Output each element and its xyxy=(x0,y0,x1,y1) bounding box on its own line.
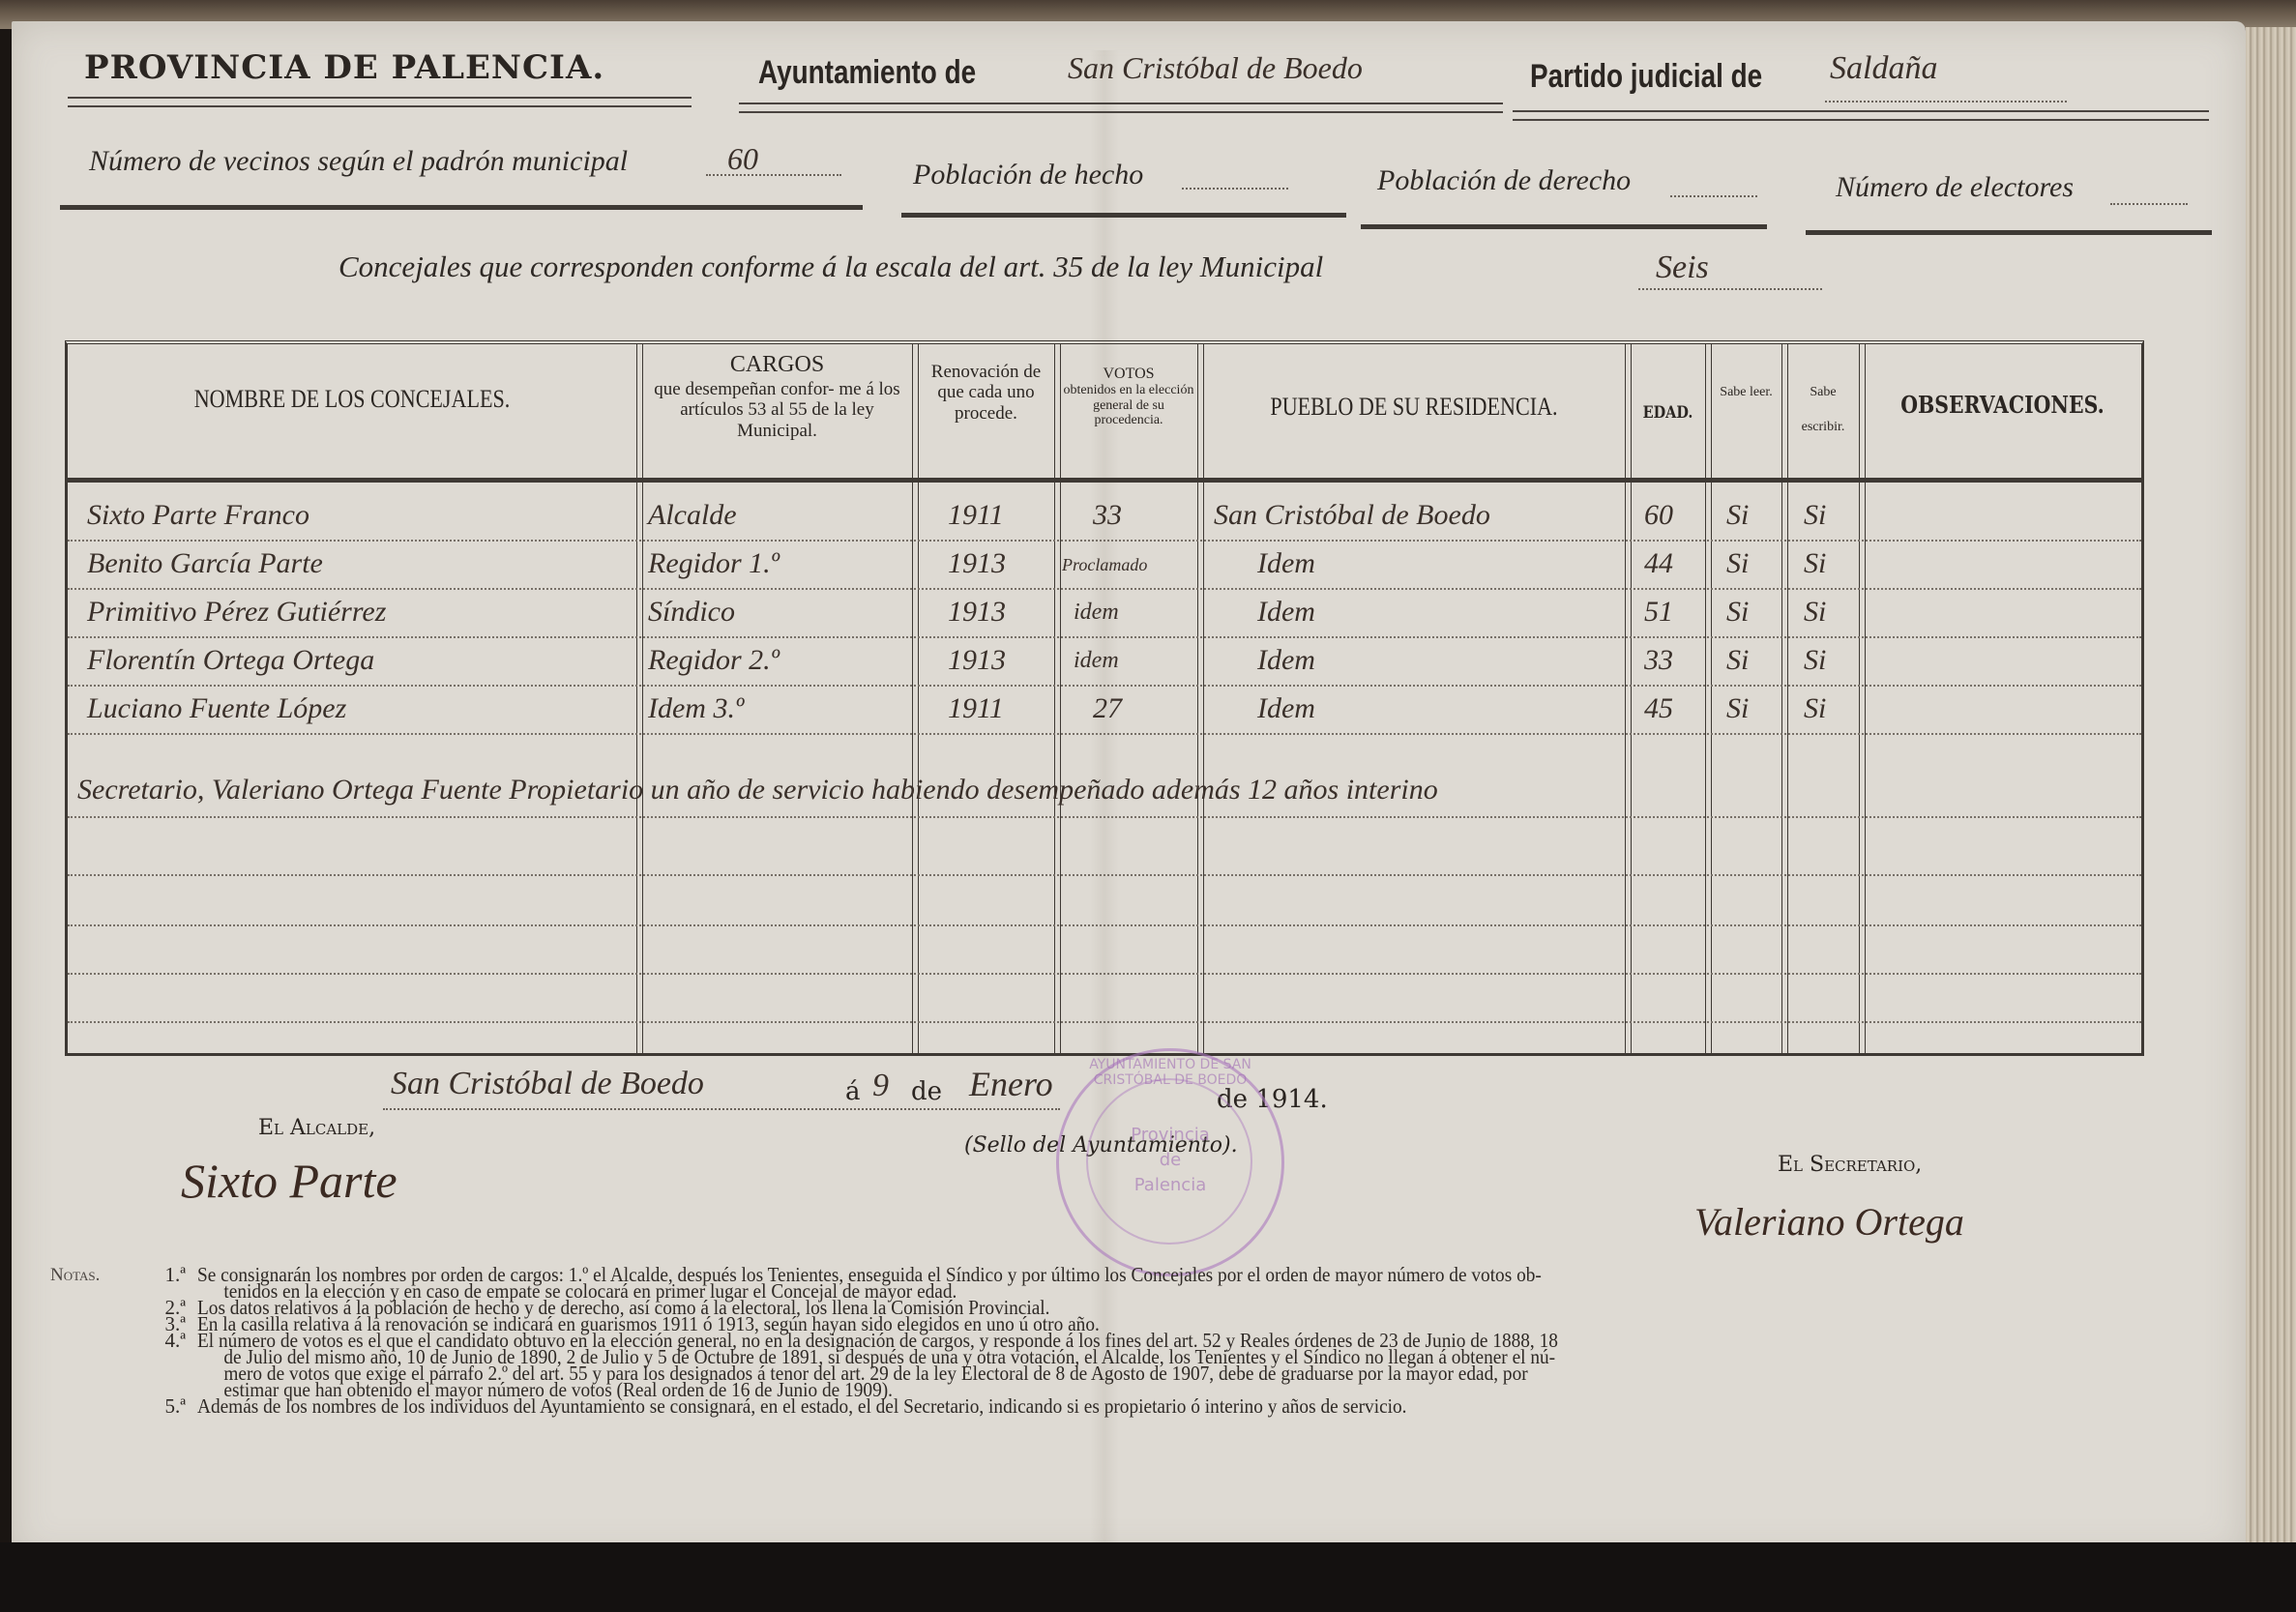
header-observaciones: OBSERVACIONES. xyxy=(1885,393,2119,419)
col-divider xyxy=(1197,344,1204,1053)
concejales-dotted-line xyxy=(1638,288,1822,290)
footer-day: 9 xyxy=(872,1068,889,1104)
col-divider xyxy=(912,344,919,1053)
scan-background xyxy=(0,1542,2296,1612)
population-rule-4 xyxy=(1806,230,2212,235)
cell-pueblo: Idem xyxy=(1257,547,1315,580)
row-line xyxy=(68,540,2141,542)
note-5: 5.ª Además de los nombres de los individ… xyxy=(50,1398,2207,1415)
concejales-value: Seis xyxy=(1656,249,1709,286)
col-divider xyxy=(636,344,643,1053)
partido-dotted-line xyxy=(1825,101,2067,103)
header-nombre: NOMBRE DE LOS CONCEJALES. xyxy=(110,385,594,413)
cell-cargo: Síndico xyxy=(648,596,735,629)
row-line xyxy=(68,1021,2141,1023)
poblacion-derecho-field xyxy=(1670,195,1757,197)
cell-pueblo: Idem xyxy=(1257,644,1315,677)
cell-escribir: Si xyxy=(1804,499,1826,532)
cell-escribir: Si xyxy=(1804,692,1826,725)
header-votos-sub: obtenidos en la elección general de su p… xyxy=(1060,383,1197,428)
cell-nombre: Benito García Parte xyxy=(87,547,323,580)
row-line xyxy=(68,924,2141,926)
electores-field xyxy=(2110,203,2188,205)
notes-section: Notas. 1.ª Se consignarán los nombres po… xyxy=(50,1267,2207,1415)
cell-pueblo: Idem xyxy=(1257,596,1315,629)
poblacion-derecho-label: Población de derecho xyxy=(1377,164,1631,197)
row-line xyxy=(68,874,2141,876)
province-title: PROVINCIA DE PALENCIA. xyxy=(84,48,604,87)
header-votos-title: VOTOS xyxy=(1060,366,1197,383)
cell-votos: 27 xyxy=(1093,692,1122,725)
cell-nombre: Florentín Ortega Ortega xyxy=(87,644,374,677)
cell-edad: 51 xyxy=(1644,596,1673,629)
cell-cargo: Regidor 2.º xyxy=(648,644,780,677)
header-rule-1 xyxy=(68,97,692,107)
vecinos-value: 60 xyxy=(727,141,758,177)
notes-label: Notas. xyxy=(50,1267,137,1283)
col-divider xyxy=(1705,344,1712,1053)
cell-pueblo: San Cristóbal de Boedo xyxy=(1214,499,1490,532)
footer-de: de xyxy=(911,1077,942,1106)
concejales-label: Concejales que corresponden conforme á l… xyxy=(339,249,1323,284)
document-page: PROVINCIA DE PALENCIA. Ayuntamiento de S… xyxy=(12,21,2246,1559)
row-line xyxy=(68,588,2141,590)
col-divider xyxy=(1054,344,1061,1053)
cell-edad: 44 xyxy=(1644,547,1673,580)
stamp-ring-text: AYUNTAMIENTO DE SAN CRISTÓBAL DE BOEDO xyxy=(1059,1057,1281,1088)
cell-nombre: Luciano Fuente López xyxy=(87,692,346,725)
population-rule-1 xyxy=(60,205,863,210)
cell-renovacion: 1913 xyxy=(948,644,1006,677)
cell-votos: Proclamado xyxy=(1062,555,1147,575)
partido-label: Partido judicial de xyxy=(1530,58,1762,96)
vecinos-dotted-line xyxy=(706,174,841,176)
cell-leer: Si xyxy=(1726,499,1749,532)
partido-value: Saldaña xyxy=(1830,50,1937,87)
population-rule-3 xyxy=(1361,224,1767,229)
ayuntamiento-value: San Cristóbal de Boedo xyxy=(1068,50,1363,86)
alcalde-signature: Sixto Parte xyxy=(181,1153,397,1209)
electores-label: Número de electores xyxy=(1836,171,2074,204)
note-number: 5.ª xyxy=(137,1398,197,1415)
vecinos-label: Número de vecinos según el padrón munici… xyxy=(89,145,628,178)
cell-renovacion: 1913 xyxy=(948,547,1006,580)
cell-votos: idem xyxy=(1074,600,1119,626)
header-sabe-escribir: Sabe escribir. xyxy=(1787,375,1859,445)
cell-pueblo: Idem xyxy=(1257,692,1315,725)
col-divider xyxy=(1859,344,1866,1053)
table-header-rule xyxy=(68,478,2141,483)
ayuntamiento-stamp: AYUNTAMIENTO DE SAN CRISTÓBAL DE BOEDO P… xyxy=(1056,1048,1284,1276)
secretario-note: Secretario, Valeriano Ortega Fuente Prop… xyxy=(77,774,1438,806)
cell-renovacion: 1911 xyxy=(948,692,1004,725)
note-text: Además de los nombres de los individuos … xyxy=(197,1398,2046,1415)
stamp-center-3: Palencia xyxy=(1059,1175,1281,1195)
col-divider xyxy=(1625,344,1632,1053)
poblacion-hecho-label: Población de hecho xyxy=(913,159,1143,191)
cell-nombre: Primitivo Pérez Gutiérrez xyxy=(87,596,386,629)
header-cargos-sub: que desempeñan confor- me á los artículo… xyxy=(642,379,912,441)
cell-escribir: Si xyxy=(1804,644,1826,677)
header-pueblo: PUEBLO DE SU RESIDENCIA. xyxy=(1235,393,1594,421)
header-edad: EDAD. xyxy=(1636,404,1699,423)
header-rule-3 xyxy=(1513,110,2209,121)
cell-renovacion: 1913 xyxy=(948,596,1006,629)
cell-escribir: Si xyxy=(1804,547,1826,580)
cell-edad: 60 xyxy=(1644,499,1673,532)
row-line xyxy=(68,636,2141,638)
secretario-signature: Valeriano Ortega xyxy=(1694,1199,1964,1245)
ayuntamiento-label: Ayuntamiento de xyxy=(758,54,976,92)
secretario-label: El Secretario, xyxy=(1778,1153,1922,1177)
population-rule-2 xyxy=(901,213,1346,218)
row-line xyxy=(68,816,2141,818)
cell-escribir: Si xyxy=(1804,596,1826,629)
footer-dotted-line xyxy=(383,1108,1060,1110)
alcalde-label: El Alcalde, xyxy=(258,1116,375,1140)
note-number: 1.ª xyxy=(137,1267,197,1283)
cell-leer: Si xyxy=(1726,547,1749,580)
cell-leer: Si xyxy=(1726,596,1749,629)
header-renovacion: Renovación de que cada uno procede. xyxy=(918,362,1054,424)
header-sabe-leer: Sabe leer. xyxy=(1711,375,1781,410)
cell-cargo: Regidor 1.º xyxy=(648,547,780,580)
row-line xyxy=(68,685,2141,687)
cell-cargo: Alcalde xyxy=(648,499,737,532)
footer-a: á xyxy=(845,1077,861,1106)
cell-nombre: Sixto Parte Franco xyxy=(87,499,309,532)
concejales-table: NOMBRE DE LOS CONCEJALES. CARGOS que des… xyxy=(65,340,2144,1056)
poblacion-hecho-field xyxy=(1182,188,1288,190)
row-line xyxy=(68,973,2141,975)
cell-leer: Si xyxy=(1726,692,1749,725)
cell-renovacion: 1911 xyxy=(948,499,1004,532)
col-divider xyxy=(1781,344,1788,1053)
cell-edad: 33 xyxy=(1644,644,1673,677)
footer-month: Enero xyxy=(969,1064,1053,1104)
cell-votos: idem xyxy=(1074,648,1119,674)
cell-votos: 33 xyxy=(1093,499,1122,532)
row-line xyxy=(68,733,2141,735)
cell-edad: 45 xyxy=(1644,692,1673,725)
stamp-center-2: de xyxy=(1059,1150,1281,1170)
header-rule-2 xyxy=(739,103,1503,113)
footer-place: San Cristóbal de Boedo xyxy=(391,1066,704,1102)
page-edges xyxy=(2246,27,2296,1574)
note-number: 4.ª xyxy=(137,1333,197,1349)
stamp-center-1: Provincia xyxy=(1059,1125,1281,1145)
header-cargos-title: CARGOS xyxy=(642,352,912,378)
cell-cargo: Idem 3.º xyxy=(648,692,744,725)
cell-leer: Si xyxy=(1726,644,1749,677)
